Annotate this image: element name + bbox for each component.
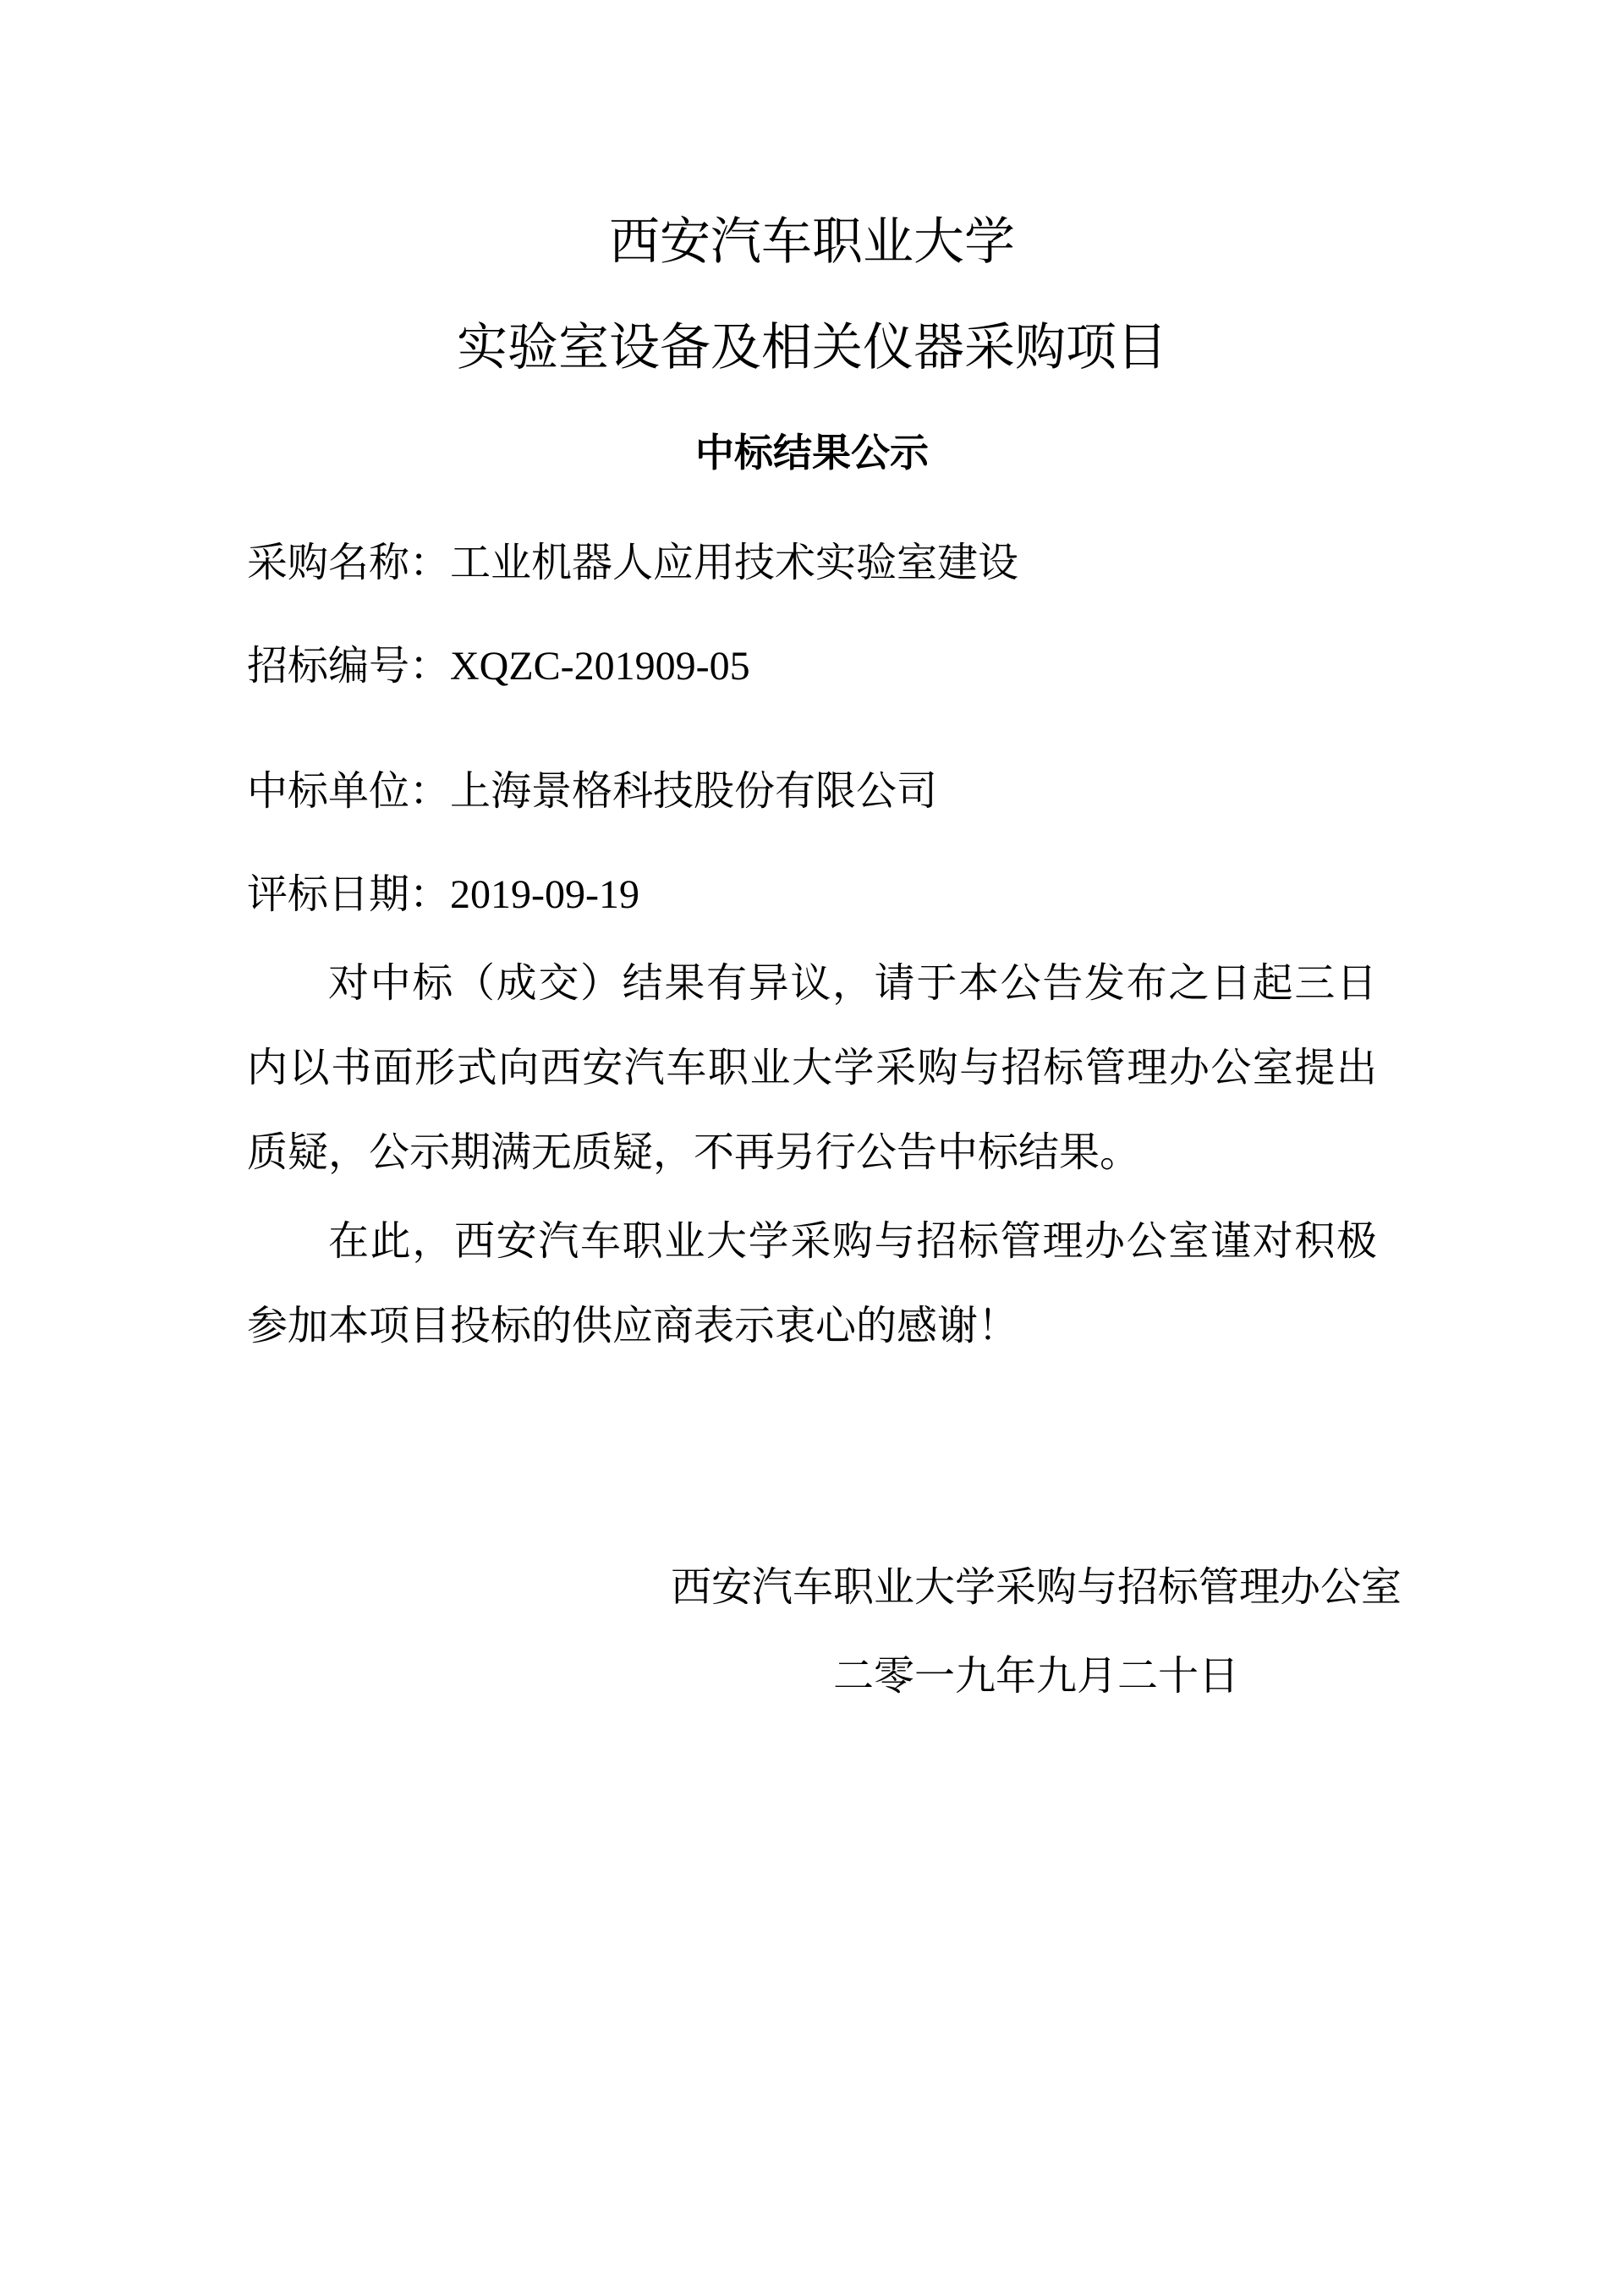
field-value: 2019-09-19: [450, 872, 639, 917]
paragraph-thanks: 在此，西安汽车职业大学采购与招标管理办公室谨对积极参加本项目投标的供应商表示衷心…: [247, 1200, 1377, 1369]
signature-office: 西安汽车职业大学采购与招标管理办公室: [668, 1568, 1404, 1608]
field-label: 招标编号：: [247, 644, 450, 689]
field-label: 中标单位：: [247, 769, 450, 814]
field-label: 采购名称：: [247, 541, 450, 585]
field-row-winning-bidder: 中标单位：上海景格科技股份有限公司: [247, 772, 1377, 812]
field-row-procurement-name: 采购名称：工业机器人应用技术实验室建设: [247, 543, 1377, 584]
field-value: XQZC-201909-05: [450, 644, 750, 689]
section-heading: 中标结果公示: [0, 373, 1624, 473]
document-title-line1: 西安汽车职业大学: [0, 0, 1624, 267]
field-row-evaluation-date: 评标日期：2019-09-19: [247, 875, 1377, 915]
signature-block: 西安汽车职业大学采购与招标管理办公室 二零一九年九月二十日: [668, 1568, 1404, 1697]
field-list: 采购名称：工业机器人应用技术实验室建设 招标编号：XQZC-201909-05 …: [247, 543, 1377, 915]
field-label: 评标日期：: [247, 872, 450, 917]
announcement-page: 西安汽车职业大学 实验室设备及相关仪器采购项目 中标结果公示 采购名称：工业机器…: [0, 0, 1624, 2296]
paragraph-objection-notice: 对中标（成交）结果有异议，请于本公告发布之日起三日内以书面形式向西安汽车职业大学…: [247, 942, 1377, 1195]
signature-date: 二零一九年九月二十日: [668, 1656, 1404, 1697]
field-value: 工业机器人应用技术实验室建设: [450, 541, 1018, 585]
field-value: 上海景格科技股份有限公司: [450, 769, 937, 814]
document-title-line2: 实验室设备及相关仪器采购项目: [0, 267, 1624, 373]
body-paragraphs: 对中标（成交）结果有异议，请于本公告发布之日起三日内以书面形式向西安汽车职业大学…: [247, 942, 1377, 1369]
field-row-tender-number: 招标编号：XQZC-201909-05: [247, 646, 1377, 687]
